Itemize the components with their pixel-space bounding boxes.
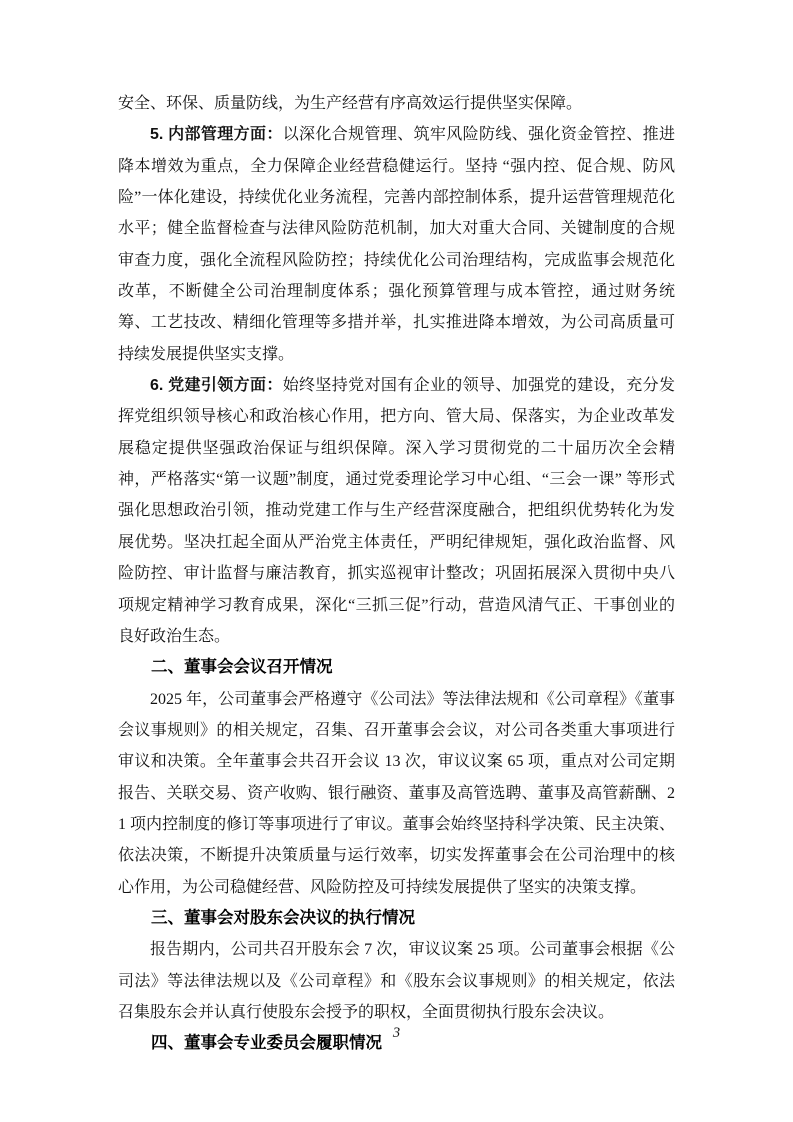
document-page: 安全、环保、质量防线，为生产经营有序高效运行提供坚实保障。 5. 内部管理方面：… [0,0,793,1122]
section-heading-shareholder-resolutions: 三、董事会对股东会决议的执行情况 [118,903,675,934]
text-block: 安全、环保、质量防线，为生产经营有序高效运行提供坚实保障。 5. 内部管理方面：… [118,88,675,1060]
paragraph-board-meetings: 2025 年，公司董事会严格遵守《公司法》等法律法规和《公司章程》《董事会议事规… [118,684,675,903]
page-number: 3 [0,1021,793,1045]
paragraph-item-6-lead: 6. 党建引领方面： [150,377,283,394]
section-heading-board-meetings: 二、董事会会议召开情况 [118,652,675,683]
paragraph-item-5-internal-management: 5. 内部管理方面：以深化合规管理、筑牢风险防线、强化资金管控、推进降本增效为重… [118,119,675,370]
paragraph-shareholder-resolutions: 报告期内，公司共召开股东会 7 次，审议议案 25 项。公司董事会根据《公司法》… [118,934,675,1028]
paragraph-item-5-text: 以深化合规管理、筑牢风险防线、强化资金管控、推进降本增效为重点，全力保障企业经营… [118,126,675,362]
paragraph-continuation-text: 安全、环保、质量防线，为生产经营有序高效运行提供坚实保障。 [118,95,582,112]
paragraph-item-6-text: 始终坚持党对国有企业的领导、加强党的建设，充分发挥党组织领导核心和政治核心作用，… [118,377,675,645]
paragraph-item-6-party-building: 6. 党建引领方面：始终坚持党对国有企业的领导、加强党的建设，充分发挥党组织领导… [118,370,675,652]
paragraph-continuation: 安全、环保、质量防线，为生产经营有序高效运行提供坚实保障。 [118,88,675,119]
paragraph-item-5-lead: 5. 内部管理方面： [150,126,283,143]
